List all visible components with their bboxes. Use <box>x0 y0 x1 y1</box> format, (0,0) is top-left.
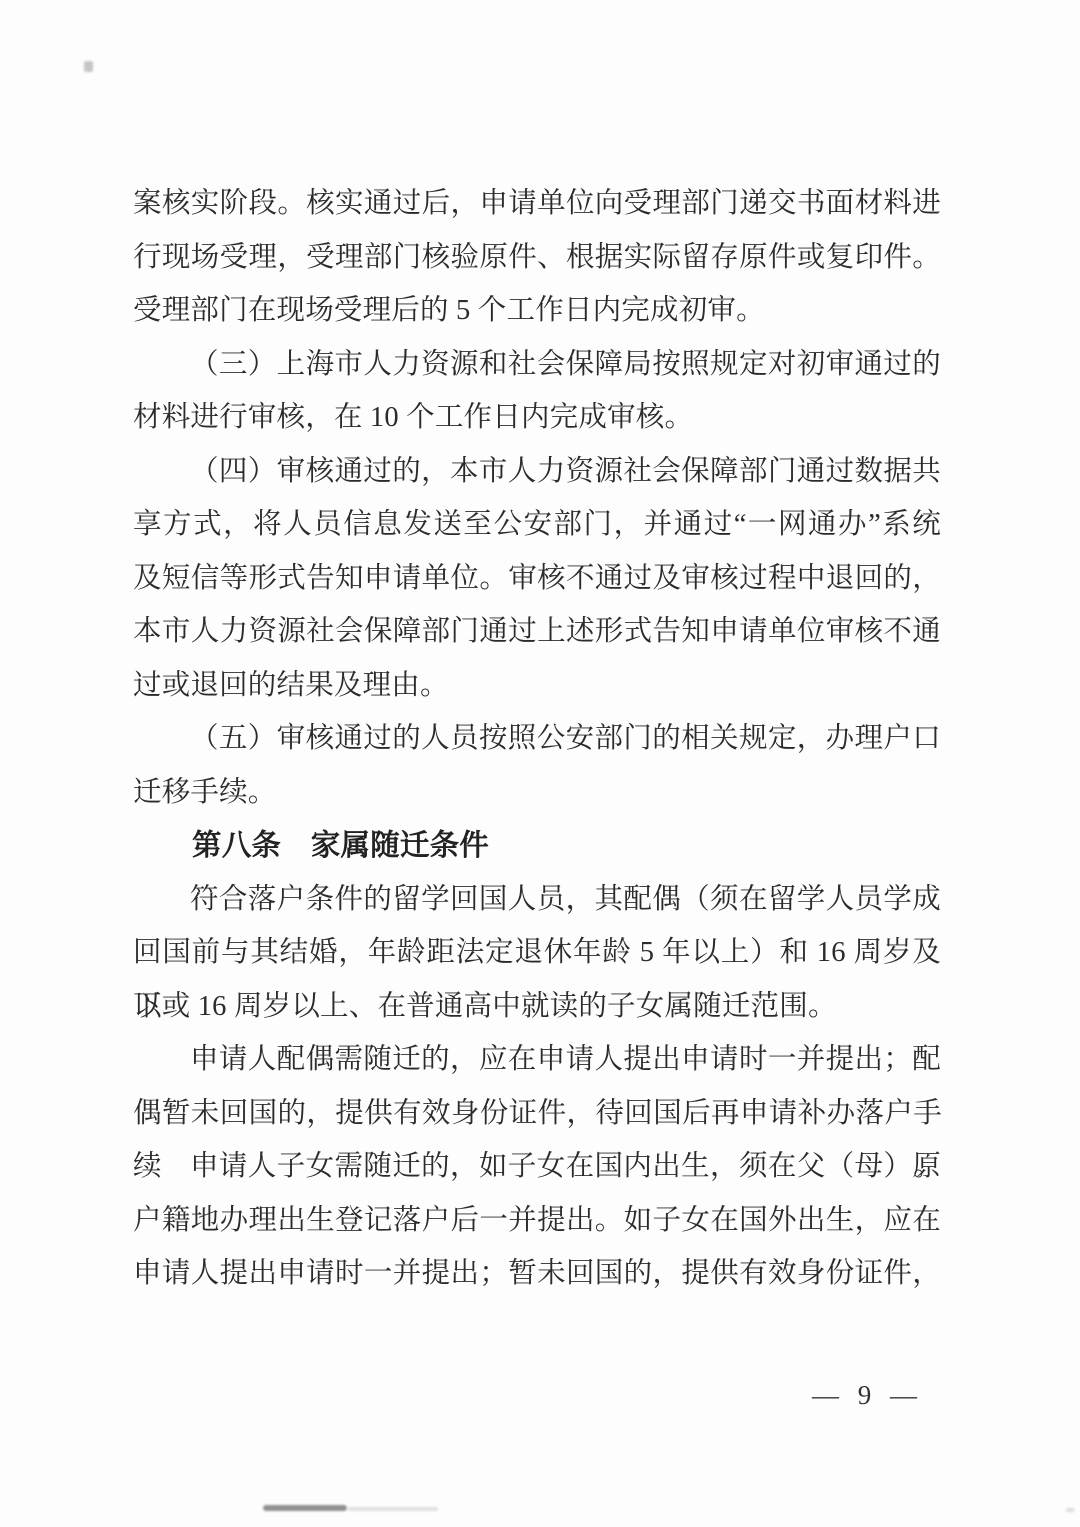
text-line: 享方式，将人员信息发送至公安部门，并通过“一网通办”系统 <box>133 498 941 552</box>
page-number: — 9 — <box>812 1378 952 1412</box>
text-line: 下或 16 周岁以上、在普通高中就读的子女属随迁范围。 <box>133 980 941 1034</box>
text-line: 户籍地办理出生登记落户后一并提出。如子女在国外出生，应在 <box>133 1194 941 1248</box>
text-line: 申请人子女需随迁的，如子女在国内出生，须在父（母）原 <box>133 1140 941 1194</box>
text-line: （五）审核通过的人员按照公安部门的相关规定，办理户口 <box>133 712 941 766</box>
scan-smudge-artifact <box>263 1505 347 1511</box>
text-line: 迁移手续。 <box>133 766 941 820</box>
scan-smudge-artifact-faint <box>348 1507 438 1511</box>
text-line: 及短信等形式告知申请单位。审核不通过及审核过程中退回的， <box>133 552 941 606</box>
text-line: （四）审核通过的，本市人力资源社会保障部门通过数据共 <box>133 445 941 499</box>
body-text-block: 案核实阶段。核实通过后，申请单位向受理部门递交书面材料进 行现场受理，受理部门核… <box>133 177 941 1301</box>
text-line: 回国前与其结婚，年龄距法定退休年龄 5 年以上）和 16 周岁及以 <box>133 926 941 980</box>
text-line: 过或退回的结果及理由。 <box>133 659 941 713</box>
text-line: 案核实阶段。核实通过后，申请单位向受理部门递交书面材料进 <box>133 177 941 231</box>
text-line: 申请人提出申请时一并提出；暂未回国的，提供有效身份证件， <box>133 1247 941 1301</box>
text-line: 申请人配偶需随迁的，应在申请人提出申请时一并提出；配 <box>133 1033 941 1087</box>
text-line: 偶暂未回国的，提供有效身份证件，待回国后再申请补办落户手续。 <box>133 1087 941 1141</box>
text-line: （三）上海市人力资源和社会保障局按照规定对初审通过的 <box>133 338 941 392</box>
text-line: 受理部门在现场受理后的 5 个工作日内完成初审。 <box>133 284 941 338</box>
document-page: 案核实阶段。核实通过后，申请单位向受理部门递交书面材料进 行现场受理，受理部门核… <box>0 0 1080 1527</box>
section-heading: 第八条 家属随迁条件 <box>133 819 941 873</box>
text-line: 符合落户条件的留学回国人员，其配偶（须在留学人员学成 <box>133 873 941 927</box>
text-line: 本市人力资源社会保障部门通过上述形式告知申请单位审核不通 <box>133 605 941 659</box>
text-line: 行现场受理，受理部门核验原件、根据实际留存原件或复印件。 <box>133 231 941 285</box>
scan-speck-artifact-right <box>1066 1508 1074 1512</box>
scan-speck-artifact <box>84 61 93 72</box>
text-line: 材料进行审核，在 10 个工作日内完成审核。 <box>133 391 941 445</box>
